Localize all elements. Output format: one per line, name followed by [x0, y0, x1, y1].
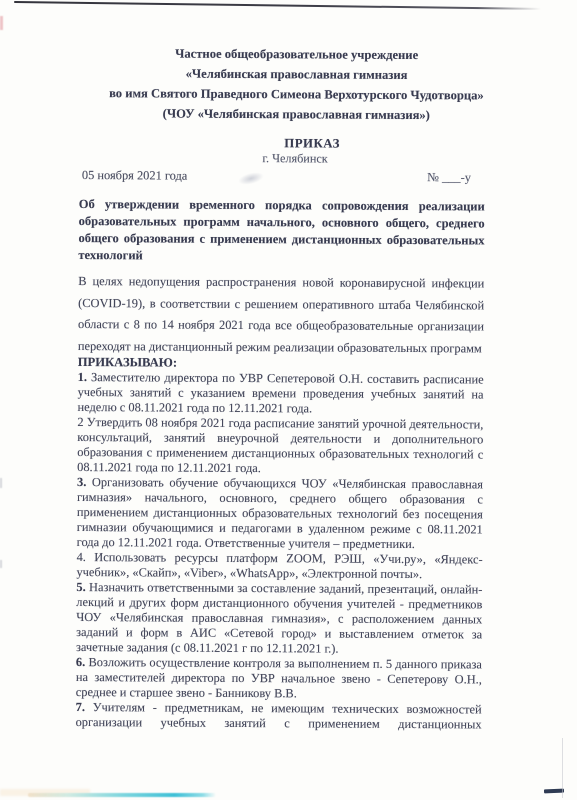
- item-text: Заместителю директора по УВР Сепетеровой…: [77, 370, 483, 415]
- item-number: 6.: [76, 655, 85, 669]
- org-name-line: во имя Святого Праведного Симеона Верхот…: [93, 83, 499, 105]
- item-number: 4.: [77, 550, 86, 564]
- item-number: 5.: [76, 580, 85, 594]
- left-edge-scan-tick: [0, 478, 2, 488]
- bottom-teal-scan-line: [28, 793, 216, 797]
- item-text: Назначить ответственными за составление …: [76, 580, 482, 656]
- order-item-1: 1. Заместителю директора по УВР Сепетеро…: [77, 370, 483, 417]
- item-number: 1.: [78, 370, 87, 384]
- order-item-7: 7. Учителям - предметникам, не имеющим т…: [76, 700, 482, 732]
- right-edge-scan-line: [562, 738, 563, 798]
- item-text: Учителям - предметникам, не имеющим техн…: [76, 700, 482, 731]
- item-number: 7.: [76, 700, 85, 714]
- org-name-line: (ЧОУ «Челябинская православная гимназия»…: [93, 103, 499, 125]
- order-items: 1. Заместителю директора по УВР Сепетеро…: [76, 370, 484, 732]
- item-number: 3.: [77, 475, 86, 489]
- doc-city: г. Челябинск: [92, 150, 498, 167]
- order-item-3: 3. Организовать обучение обучающихся ЧОУ…: [77, 475, 483, 552]
- item-number: 2: [77, 415, 83, 429]
- organization-header: Частное общеобразовательное учреждение «…: [93, 0, 500, 125]
- doc-number: № ___-у: [427, 170, 471, 185]
- order-item-4: 4. Использовать ресурсы платформ ZOOM, Р…: [76, 550, 482, 582]
- item-text: Организовать обучение обучающихся ЧОУ «Ч…: [77, 475, 483, 551]
- left-pink-scan-mark: [0, 16, 3, 30]
- order-item-2: 2 Утвердить 08 ноября 2021 года расписан…: [77, 415, 483, 477]
- item-text: Утвердить 08 ноября 2021 года расписание…: [77, 415, 483, 475]
- document-content: Частное общеобразовательное учреждение «…: [76, 0, 486, 732]
- left-edge-scan-tick: [0, 560, 2, 568]
- item-text: Возложить осуществление контроля за выпо…: [76, 655, 482, 700]
- date-number-row: 05 ноября 2021 года № ___-у: [79, 168, 485, 185]
- order-preamble: В целях недопущения распространения ново…: [78, 271, 485, 359]
- scanned-document-page: Частное общеобразовательное учреждение «…: [0, 0, 577, 800]
- item-text: Использовать ресурсы платформ ZOOM, РЭШ,…: [76, 550, 482, 581]
- order-subject: Об утверждении временного порядка сопров…: [78, 196, 484, 266]
- org-name-line: «Челябинская православная гимназия: [93, 63, 499, 85]
- doc-date: 05 ноября 2021 года: [82, 168, 187, 184]
- order-item-6: 6. Возложить осуществление контроля за в…: [76, 655, 482, 702]
- order-item-5: 5. Назначить ответственными за составлен…: [76, 580, 482, 657]
- org-name-line: Частное общеобразовательное учреждение: [94, 43, 500, 65]
